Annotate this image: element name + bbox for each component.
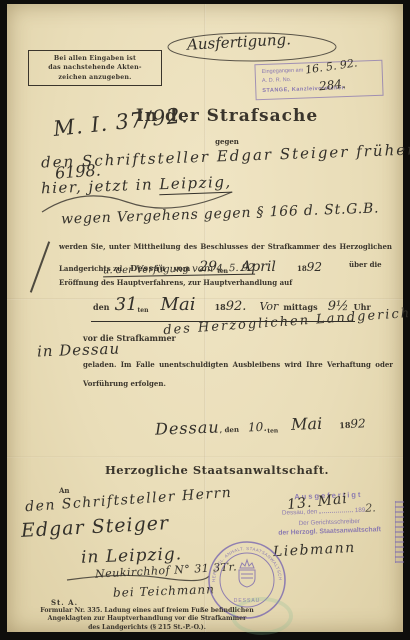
court-place-handwritten: in Dessau	[37, 340, 121, 361]
photo-frame: Bei allen Eingaben ist das nachstehende …	[0, 0, 410, 640]
footer-line: des Landgerichts (§ 215 St.-P.-O.).	[29, 624, 265, 632]
footer-line: Angeklagten zur Hauptverhandlung vor die…	[29, 615, 265, 623]
notice-line: das nachstehende Akten-	[34, 63, 156, 72]
seal-circular-text: HERZOGL. ANHALT. STAATSANWALTSCHAFT	[201, 534, 283, 582]
svg-text:HERZOGL. ANHALT. STAATSANWALTS: HERZOGL. ANHALT. STAATSANWALTSCHAFT	[201, 534, 283, 582]
hearing-month-handwritten: Mai	[161, 294, 196, 315]
edge-stamp-fragment	[395, 501, 404, 563]
year-18: 18	[339, 420, 350, 430]
crown-and-shield-icon	[239, 560, 255, 587]
notice-line: zeichen anzugeben.	[34, 73, 156, 82]
year-18: 18	[297, 264, 307, 273]
footer-line: Formular Nr. 335. Ladung eines auf freie…	[29, 607, 265, 615]
margin-slash-mark	[30, 241, 50, 292]
addressee-name-handwritten: Edgar Steiger	[21, 512, 170, 542]
issue-month-handwritten: Mai	[291, 414, 323, 434]
document-paper: Bei allen Eingaben ist das nachstehende …	[7, 4, 403, 632]
issue-day-handwritten: 10.	[248, 420, 268, 435]
body-line2-end: über die	[349, 260, 382, 269]
body-paragraph-line3: Eröffnung des Hauptverfahrens, zur Haupt…	[59, 278, 292, 287]
warning-line2: Vorführung erfolgen.	[83, 379, 166, 388]
footer-form-note: Formular Nr. 335. Ladung eines auf freie…	[29, 607, 265, 632]
document-title: In der Strafsache	[67, 106, 387, 126]
interlined-insertion-handwritten: u. der Verfügung vom 4. 5. 92	[103, 263, 255, 278]
address-line1: den Schriftsteller Herrn	[25, 485, 233, 515]
vor-handwritten: Vor	[259, 300, 278, 313]
issue-year-handwritten: 92	[350, 416, 366, 431]
body-paragraph-line1: werden Sie, unter Mittheilung des Beschl…	[59, 242, 392, 251]
notice-line: Bei allen Eingaben ist	[34, 54, 156, 63]
cert-year-handwritten: 2.	[365, 501, 376, 514]
den-label: den	[93, 302, 110, 312]
defendant-city: Leipzig,	[159, 173, 232, 196]
an-label: An	[59, 486, 70, 495]
warning-line1: geladen. Im Falle unentschuldigten Ausbl…	[83, 360, 393, 369]
footer-sta-label: St. A.	[51, 598, 78, 607]
decision-year-handwritten: 92	[307, 260, 322, 274]
file-reference-notice-box: Bei allen Eingaben ist das nachstehende …	[28, 50, 162, 86]
cert-date-blank	[319, 511, 353, 513]
issue-place-handwritten: Dessau	[155, 417, 220, 438]
ten-suffix: ten	[267, 427, 278, 434]
address-careof-handwritten: bei Teichmann	[113, 582, 215, 600]
mittags-label: mittags	[283, 302, 317, 312]
year-18: 18	[215, 302, 226, 312]
hearing-year-handwritten: 92.	[226, 299, 247, 314]
receipt-number-handwritten: 284.	[318, 77, 346, 94]
hearing-day-handwritten: 31	[115, 294, 138, 315]
ten-suffix: ten	[138, 307, 149, 314]
authority-title: Herzogliche Staatsanwaltschaft.	[62, 463, 372, 477]
issue-dateline: Dessau, den 10.ten Mai 1892	[155, 412, 366, 438]
horizontal-fold-crease-2	[7, 456, 403, 458]
den-label: , den	[220, 425, 240, 435]
